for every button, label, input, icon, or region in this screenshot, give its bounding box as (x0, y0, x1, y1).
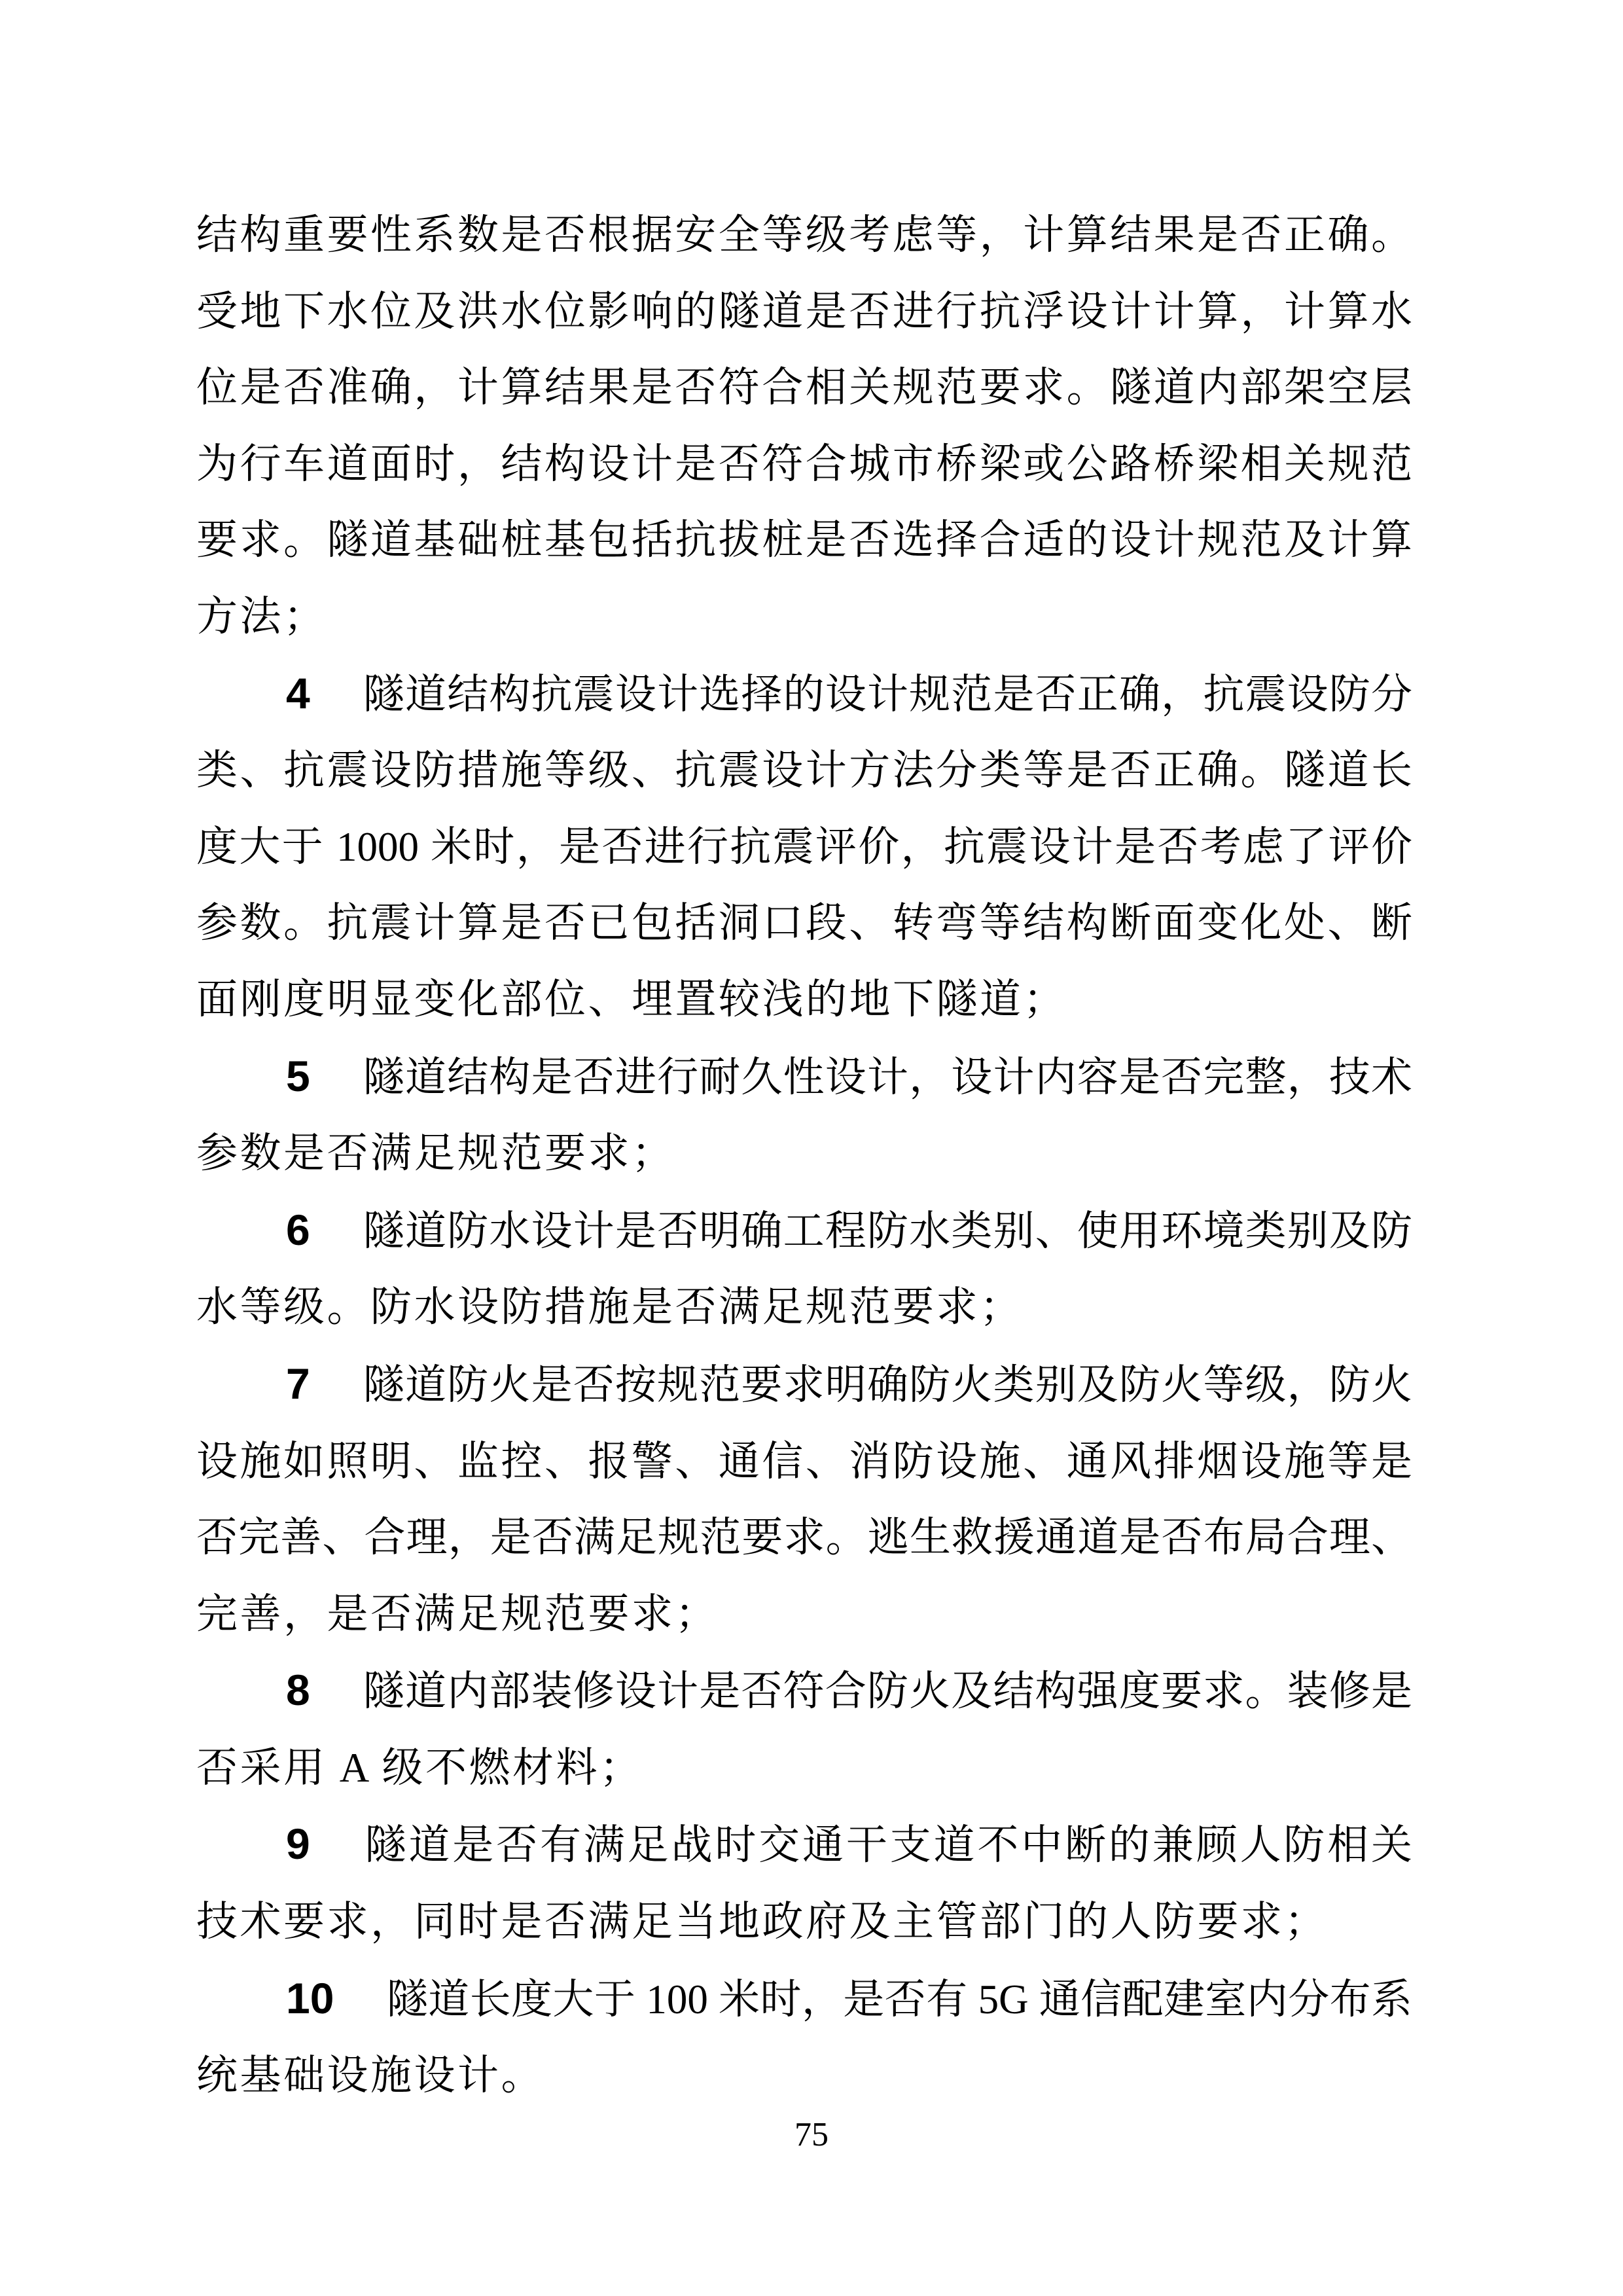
page-number: 75 (0, 2118, 1623, 2152)
item-number: 9 (286, 1820, 310, 1868)
line-text: 要求。隧道基础桩基包括抗拔桩是否选择合适的设计规范及计算 (196, 517, 1412, 563)
item-number: 10 (286, 1974, 334, 2022)
text-line: 6隧道防水设计是否明确工程防水类别、使用环境类别及防 (196, 1192, 1412, 1270)
line-text: 类、抗震设防措施等级、抗震设计方法分类等是否正确。隧道长 (196, 747, 1412, 793)
line-text: 为行车道面时，结构设计是否符合城市桥梁或公路桥梁相关规范 (196, 441, 1412, 487)
line-text: 完善，是否满足规范要求； (196, 1591, 719, 1637)
line-text: 统基础设施设计。 (196, 2053, 544, 2098)
text-line: 否完善、合理，是否满足规范要求。逃生救援通道是否布局合理、 (196, 1499, 1412, 1576)
text-line: 7隧道防火是否按规范要求明确防火类别及防火等级，防火 (196, 1346, 1412, 1424)
line-text: 水等级。防水设防措施是否满足规范要求； (196, 1284, 1024, 1330)
line-text: 参数。抗震计算是否已包括洞口段、转弯等结构断面变化处、断 (196, 900, 1412, 946)
text-line: 10隧道长度大于 100 米时，是否有 5G 通信配建室内分布系 (196, 1960, 1412, 2038)
line-text: 隧道长度大于 100 米时，是否有 5G 通信配建室内分布系 (386, 1977, 1412, 2022)
item-number: 4 (286, 669, 310, 717)
line-text: 受地下水位及洪水位影响的隧道是否进行抗浮设计计算，计算水 (196, 289, 1412, 334)
line-text: 度大于 1000 米时，是否进行抗震评价，抗震设计是否考虑了评价 (196, 824, 1412, 870)
text-line: 受地下水位及洪水位影响的隧道是否进行抗浮设计计算，计算水 (196, 274, 1412, 350)
text-block: 结构重要性系数是否根据安全等级考虑等，计算结果是否正确。受地下水位及洪水位影响的… (196, 197, 1412, 2114)
item-number-gap (310, 1244, 363, 1245)
line-text: 面刚度明显变化部位、埋置较浅的地下隧道； (196, 977, 1067, 1022)
text-line: 要求。隧道基础桩基包括抗拔桩是否选择合适的设计规范及计算 (196, 502, 1412, 579)
text-line: 完善，是否满足规范要求； (196, 1576, 1412, 1653)
line-text: 隧道防火是否按规范要求明确防火类别及防火等级，防火 (363, 1362, 1412, 1408)
text-line: 统基础设施设计。 (196, 2037, 1412, 2114)
text-line: 4隧道结构抗震设计选择的设计规范是否正确，抗震设防分 (196, 655, 1412, 733)
line-text: 隧道防水设计是否明确工程防水类别、使用环境类别及防 (363, 1208, 1412, 1254)
text-line: 9隧道是否有满足战时交通干支道不中断的兼顾人防相关 (196, 1806, 1412, 1884)
text-line: 参数。抗震计算是否已包括洞口段、转弯等结构断面变化处、断 (196, 885, 1412, 961)
item-number: 8 (286, 1666, 310, 1714)
text-line: 面刚度明显变化部位、埋置较浅的地下隧道； (196, 961, 1412, 1038)
text-line: 5隧道结构是否进行耐久性设计，设计内容是否完整，技术 (196, 1038, 1412, 1116)
line-text: 隧道结构抗震设计选择的设计规范是否正确，抗震设防分 (363, 672, 1412, 717)
text-line: 水等级。防水设防措施是否满足规范要求； (196, 1269, 1412, 1346)
item-number-gap (310, 1398, 363, 1399)
item-number-gap (310, 1090, 363, 1091)
line-text: 技术要求，同时是否满足当地政府及主管部门的人防要求； (196, 1899, 1328, 1945)
text-line: 度大于 1000 米时，是否进行抗震评价，抗震设计是否考虑了评价 (196, 809, 1412, 886)
text-line: 8隧道内部装修设计是否符合防火及结构强度要求。装修是 (196, 1652, 1412, 1730)
line-text: 结构重要性系数是否根据安全等级考虑等，计算结果是否正确。 (196, 212, 1412, 258)
item-number: 7 (286, 1359, 310, 1408)
line-text: 位是否准确，计算结果是否符合相关规范要求。隧道内部架空层 (196, 365, 1412, 410)
item-number-gap (310, 1858, 363, 1859)
line-text: 参数是否满足规范要求； (196, 1130, 675, 1176)
item-number-gap (310, 708, 363, 708)
line-text: 隧道内部装修设计是否符合防火及结构强度要求。装修是 (363, 1668, 1412, 1714)
text-line: 技术要求，同时是否满足当地政府及主管部门的人防要求； (196, 1884, 1412, 1960)
line-text: 设施如照明、监控、报警、通信、消防设施、通风排烟设施等是 (196, 1439, 1412, 1484)
document-page: 结构重要性系数是否根据安全等级考虑等，计算结果是否正确。受地下水位及洪水位影响的… (0, 0, 1623, 2296)
text-line: 方法； (196, 579, 1412, 655)
text-line: 设施如照明、监控、报警、通信、消防设施、通风排烟设施等是 (196, 1424, 1412, 1500)
line-text: 否采用 A 级不燃材料； (196, 1745, 643, 1791)
item-number: 5 (286, 1052, 310, 1100)
text-line: 参数是否满足规范要求； (196, 1115, 1412, 1192)
line-text: 隧道结构是否进行耐久性设计，设计内容是否完整，技术 (363, 1054, 1412, 1100)
text-line: 为行车道面时，结构设计是否符合城市桥梁或公路桥梁相关规范 (196, 426, 1412, 503)
text-line: 结构重要性系数是否根据安全等级考虑等，计算结果是否正确。 (196, 197, 1412, 274)
item-number-gap (334, 2013, 386, 2013)
item-number: 6 (286, 1206, 310, 1254)
text-line: 类、抗震设防措施等级、抗震设计方法分类等是否正确。隧道长 (196, 732, 1412, 809)
line-text: 隧道是否有满足战时交通干支道不中断的兼顾人防相关 (363, 1822, 1412, 1868)
item-number-gap (310, 1704, 363, 1705)
text-line: 位是否准确，计算结果是否符合相关规范要求。隧道内部架空层 (196, 350, 1412, 426)
line-text: 否完善、合理，是否满足规范要求。逃生救援通道是否布局合理、 (196, 1515, 1412, 1560)
text-line: 否采用 A 级不燃材料； (196, 1730, 1412, 1806)
line-text: 方法； (196, 594, 327, 639)
